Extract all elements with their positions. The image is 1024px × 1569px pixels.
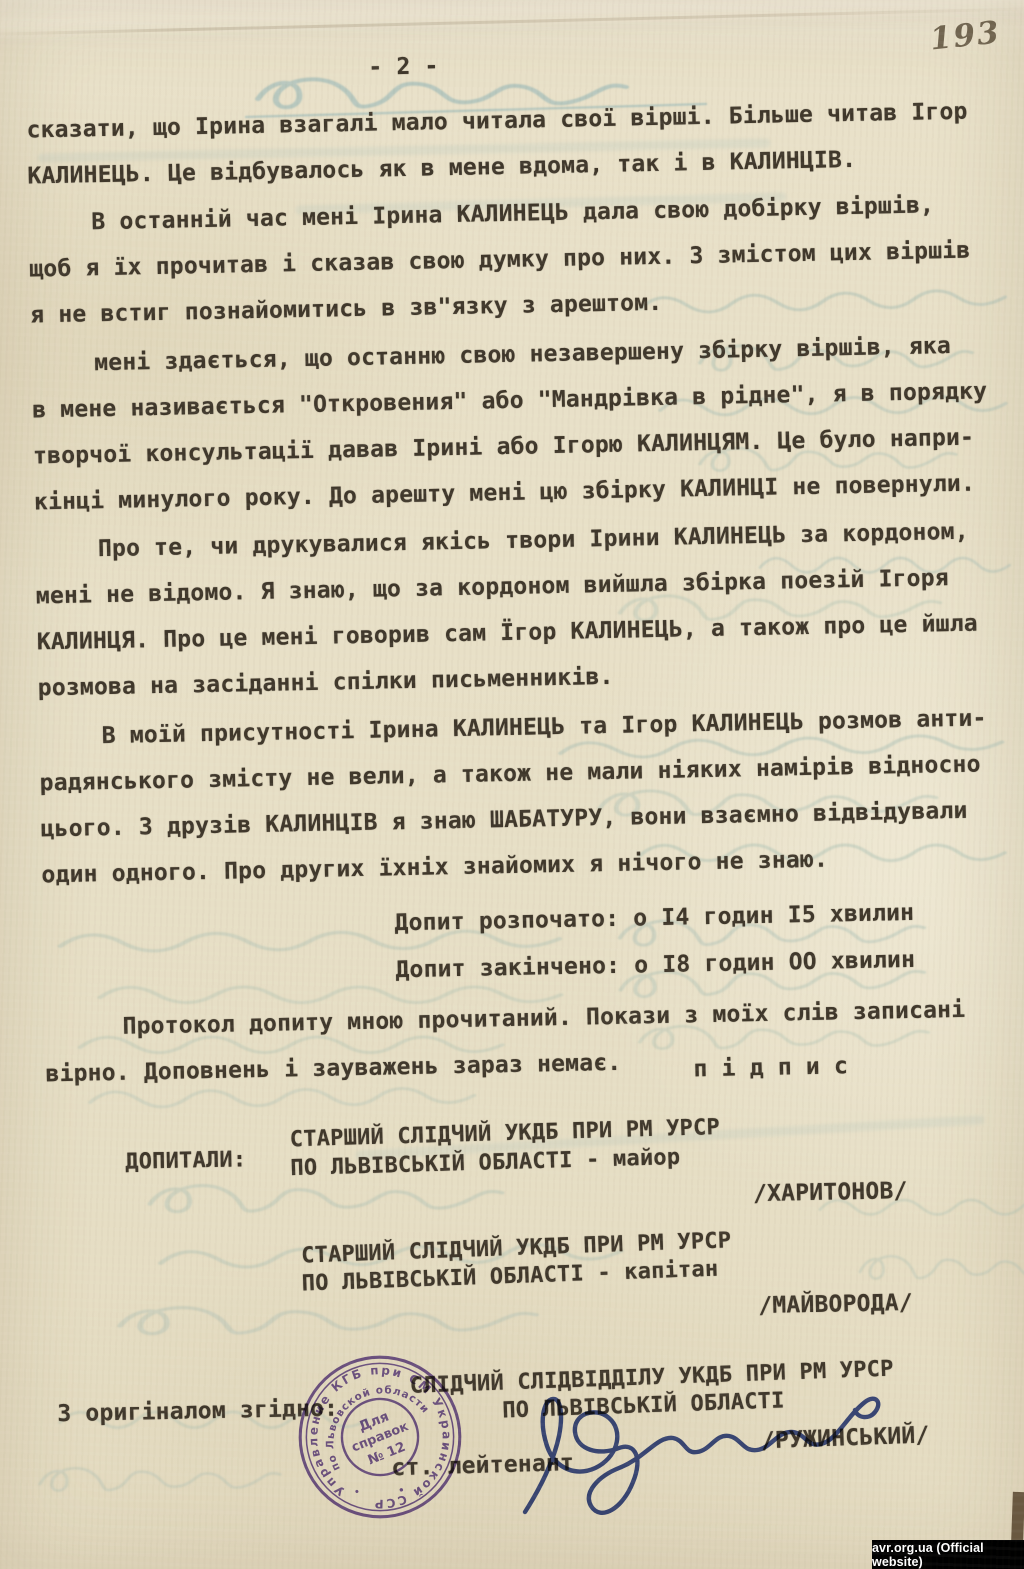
page-edge-shadow (1011, 1492, 1024, 1542)
scanned-protocol-page: - 2 - сказати, що Ірина взагалі мало чит… (0, 0, 1024, 1569)
body-line: розмова на засіданні спілки письменників… (38, 665, 614, 702)
official-stamp: Управление КГБ при СМ Украинской ССР по … (285, 1342, 475, 1532)
handwritten-signature (495, 1372, 885, 1547)
body-line: щоб я їх прочитав і сказав свою думку пр… (29, 239, 970, 283)
handwritten-page-number: 193 (928, 14, 1002, 57)
body-line: В останній час мені Ірина КАЛИНЕЦЬ дала … (91, 193, 934, 235)
body-line: КАЛИНЕЦЬ. Це відбувалось як в мене вдома… (27, 148, 856, 190)
interrogation-finished-line: Допит закінчено: о І8 годин ОО хвилин (395, 948, 915, 984)
body-line: один одного. Про других їхніх знайомих я… (41, 848, 828, 889)
interrogation-started-line: Допит розпочато: о І4 годин І5 хвилин (394, 901, 914, 937)
body-line: сказати, що Ірина взагалі мало читала св… (26, 100, 967, 144)
body-line: творчої консультації давав Ірині або Іго… (33, 426, 974, 470)
interrogator1-name: /ХАРИТОНОВ/ (753, 1179, 908, 1207)
typed-page-number: - 2 - (368, 54, 439, 81)
protocol-read-line: Протокол допиту мною прочитаний. Покази … (122, 998, 965, 1040)
body-line: КАЛИНЦЯ. Про це мені говорив сам Їгор КА… (37, 612, 978, 656)
body-line: мені здається, що останню свою незаверше… (94, 334, 951, 376)
interrogators-label: ДОПИТАЛИ: (125, 1148, 246, 1175)
signature-placeholder: п і д п и с (693, 1054, 848, 1082)
body-line: кінці минулого року. До арешту мені цю з… (34, 472, 975, 516)
body-line: В моїй присутності Ірина КАЛИНЕЦЬ та Іго… (101, 706, 986, 749)
typed-text-layer: - 2 - сказати, що Ірина взагалі мало чит… (0, 0, 1024, 1569)
body-line: я не встиг познайомитись в зв"язку з аре… (30, 291, 663, 329)
interrogator1-title-line2: ПО ЛЬВІВСЬКІЙ ОБЛАСТІ - майор (290, 1146, 680, 1181)
body-line: мені не відомо. Я знаю, що за кордоном в… (36, 566, 949, 610)
protocol-correct-line: вірно. Доповнень і зауважень зараз немає… (45, 1051, 621, 1088)
body-line: радянського змісту не вели, а також не м… (39, 753, 980, 797)
body-line: в мене називається "Откровения" або "Ман… (32, 379, 988, 423)
body-line: цього. З друзів КАЛИНЦІВ я знаю ШАБАТУРУ… (40, 799, 967, 843)
body-line: Про те, чи друкувалися якісь твори Ірини… (98, 520, 969, 563)
watermark: avr.org.ua (Official website) (872, 1540, 1024, 1569)
interrogator2-name: /МАЙВОРОДА/ (758, 1291, 913, 1319)
